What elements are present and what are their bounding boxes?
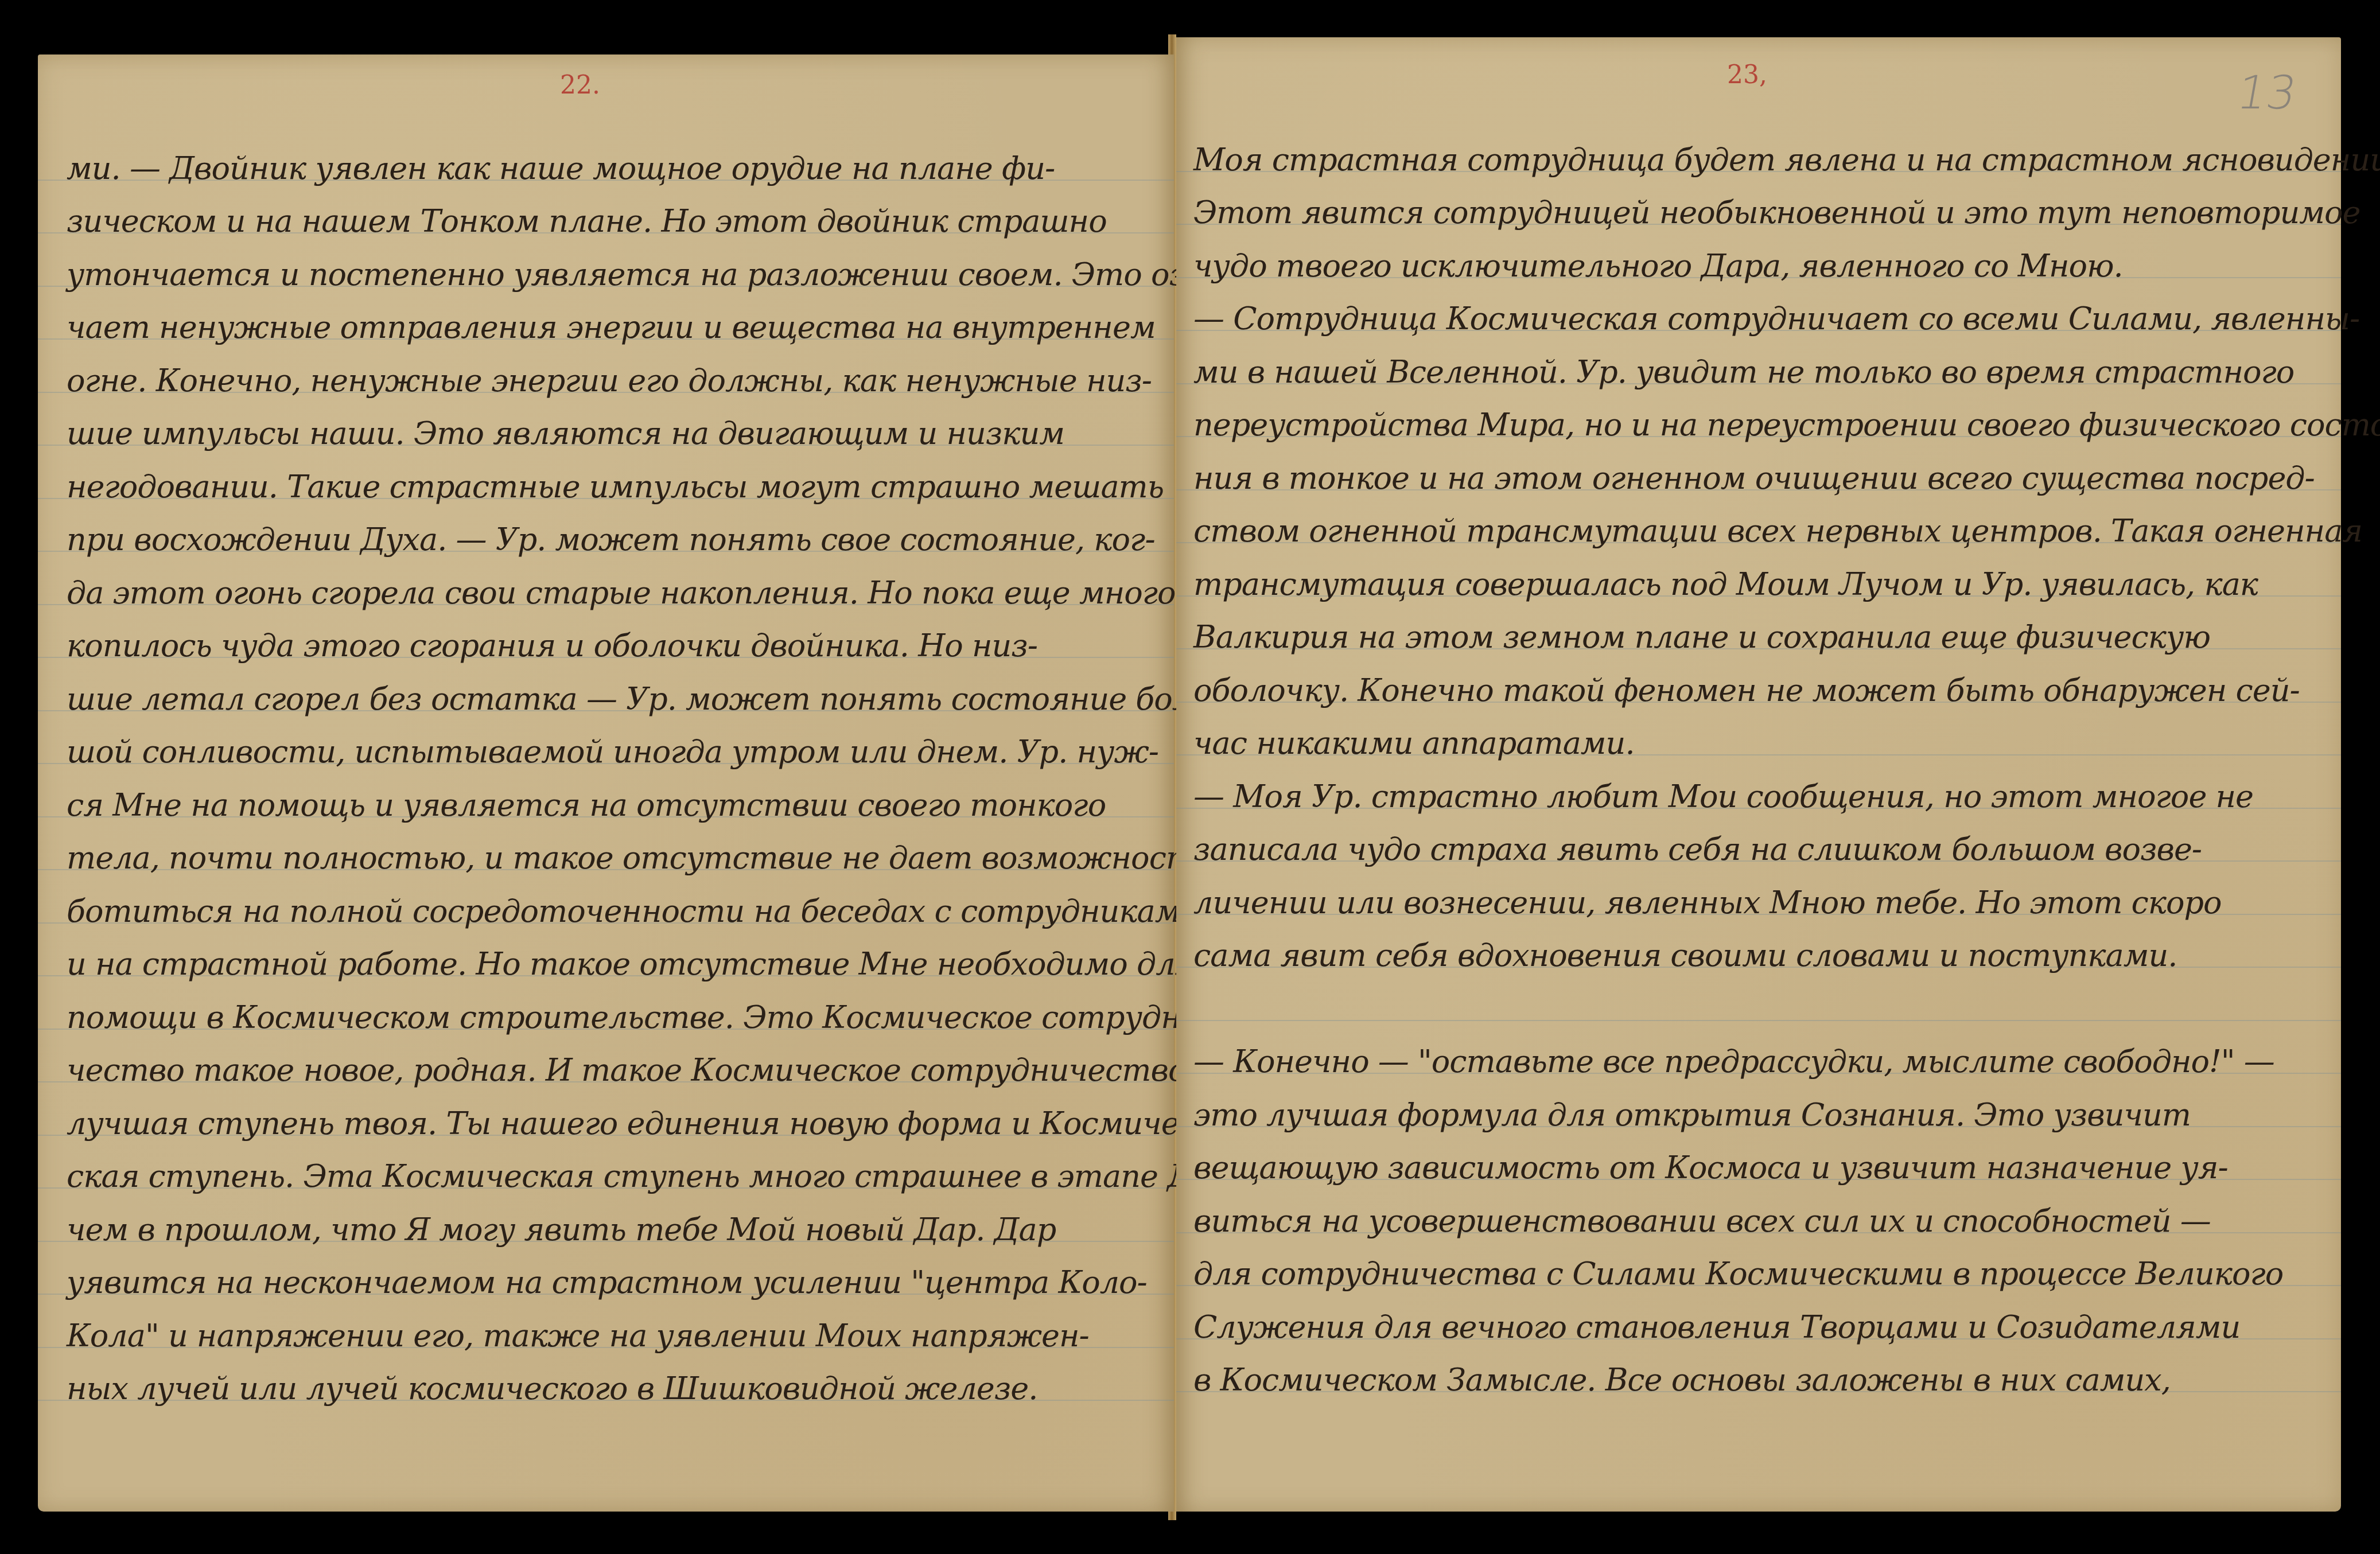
- manuscript-line: при восхождении Духа. — Ур. может понять…: [67, 524, 1157, 555]
- manuscript-line: это лучшая формула для открытия Сознания…: [1193, 1100, 2318, 1131]
- manuscript-line: помощи в Космическом строительстве. Это …: [67, 1002, 1157, 1033]
- manuscript-line: Моя страстная сотрудница будет явлена и …: [1193, 145, 2318, 176]
- manuscript-line: зическом и на нашем Тонком плане. Но это…: [67, 206, 1157, 237]
- manuscript-line: ми. — Двойник уявлен как наше мощное ору…: [67, 153, 1157, 184]
- manuscript-line: ных лучей или лучей космического в Шишко…: [67, 1373, 1157, 1404]
- manuscript-line: шой сонливости, испытываемой иногда утро…: [67, 737, 1157, 768]
- manuscript-line: сама явит себя вдохновения своими словам…: [1193, 940, 2318, 971]
- manuscript-line: негодовании. Такие страстные импульсы мо…: [67, 472, 1157, 503]
- manuscript-line: личении или вознесении, явленных Мною те…: [1193, 887, 2318, 918]
- manuscript-line: чество такое новое, родная. И такое Косм…: [67, 1055, 1157, 1086]
- manuscript-line: Служения для вечного становления Творцам…: [1193, 1312, 2318, 1343]
- manuscript-line: да этот огонь сгорела свои старые накопл…: [67, 578, 1157, 609]
- manuscript-line: уявится на нескончаемом на страстном уси…: [67, 1267, 1157, 1298]
- manuscript-line: огне. Конечно, ненужные энергии его долж…: [67, 365, 1157, 396]
- manuscript-line: копилось чуда этого сгорания и оболочки …: [67, 630, 1157, 661]
- archive-folio-number: 13: [2233, 66, 2301, 119]
- manuscript-line: тела, почти полностью, и такое отсутстви…: [67, 843, 1157, 874]
- right-page: 23, 13 Моя страстная сотрудница будет яв…: [1176, 37, 2341, 1512]
- manuscript-line: записала чудо страха явить себя на слишк…: [1193, 834, 2318, 865]
- manuscript-line: чудо твоего исключительного Дара, явленн…: [1193, 251, 2318, 282]
- manuscript-line: трансмутация совершалась под Моим Лучом …: [1193, 569, 2318, 600]
- manuscript-line: чем в прошлом, что Я могу явить тебе Мой…: [67, 1214, 1157, 1245]
- manuscript-line: ством огненной трансмутации всех нервных…: [1193, 516, 2318, 547]
- manuscript-line: вещающую зависимость от Космоса и узвичи…: [1193, 1152, 2318, 1183]
- ruled-line: [1176, 1020, 2341, 1021]
- manuscript-line: для сотрудничества с Силами Космическими…: [1193, 1259, 2318, 1290]
- manuscript-line: утончается и постепенно уявляется на раз…: [67, 259, 1157, 290]
- manuscript-line: — Конечно — "оставьте все предрассудки, …: [1193, 1046, 2318, 1077]
- manuscript-line: шие летал сгорел без остатка — Ур. может…: [67, 684, 1157, 715]
- manuscript-line: лучшая ступень твоя. Ты нашего единения …: [67, 1108, 1157, 1139]
- manuscript-line: виться на усовершенствовании всех сил их…: [1193, 1206, 2318, 1237]
- manuscript-line: ния в тонкое и на этом огненном очищении…: [1193, 463, 2318, 494]
- manuscript-line: — Моя Ур. страстно любит Мои сообщения, …: [1193, 781, 2318, 812]
- manuscript-line: переустройства Мира, но и на переустроен…: [1193, 410, 2318, 441]
- manuscript-line: ся Мне на помощь и уявляется на отсутств…: [67, 790, 1157, 821]
- page-number-left: 22.: [560, 71, 600, 100]
- manuscript-line: час никакими аппаратами.: [1193, 728, 2318, 759]
- manuscript-line: ская ступень. Эта Космическая ступень мн…: [67, 1161, 1157, 1192]
- manuscript-line: и на страстной работе. Но такое отсутств…: [67, 949, 1157, 980]
- manuscript-line: Этот явится сотрудницей необыкновенной и…: [1193, 197, 2318, 228]
- manuscript-line: чает ненужные отправления энергии и веще…: [67, 312, 1157, 343]
- manuscript-line: в Космическом Замысле. Все основы заложе…: [1193, 1365, 2318, 1396]
- manuscript-line: ботиться на полной сосредоточенности на …: [67, 896, 1157, 927]
- manuscript-line: — Сотрудница Космическая сотрудничает со…: [1193, 303, 2318, 334]
- manuscript-line: Кола" и напряжении его, также на уявлени…: [67, 1321, 1157, 1352]
- manuscript-line: шие импульсы наши. Это являются на двига…: [67, 418, 1157, 449]
- manuscript-line: оболочку. Конечно такой феномен не может…: [1193, 675, 2318, 706]
- manuscript-line: Валкирия на этом земном плане и сохранил…: [1193, 622, 2318, 653]
- manuscript-line: ми в нашей Вселенной. Ур. увидит не толь…: [1193, 357, 2318, 388]
- page-number-right: 23,: [1727, 60, 1767, 89]
- left-page: 22. ми. — Двойник уявлен как наше мощное…: [38, 54, 1174, 1512]
